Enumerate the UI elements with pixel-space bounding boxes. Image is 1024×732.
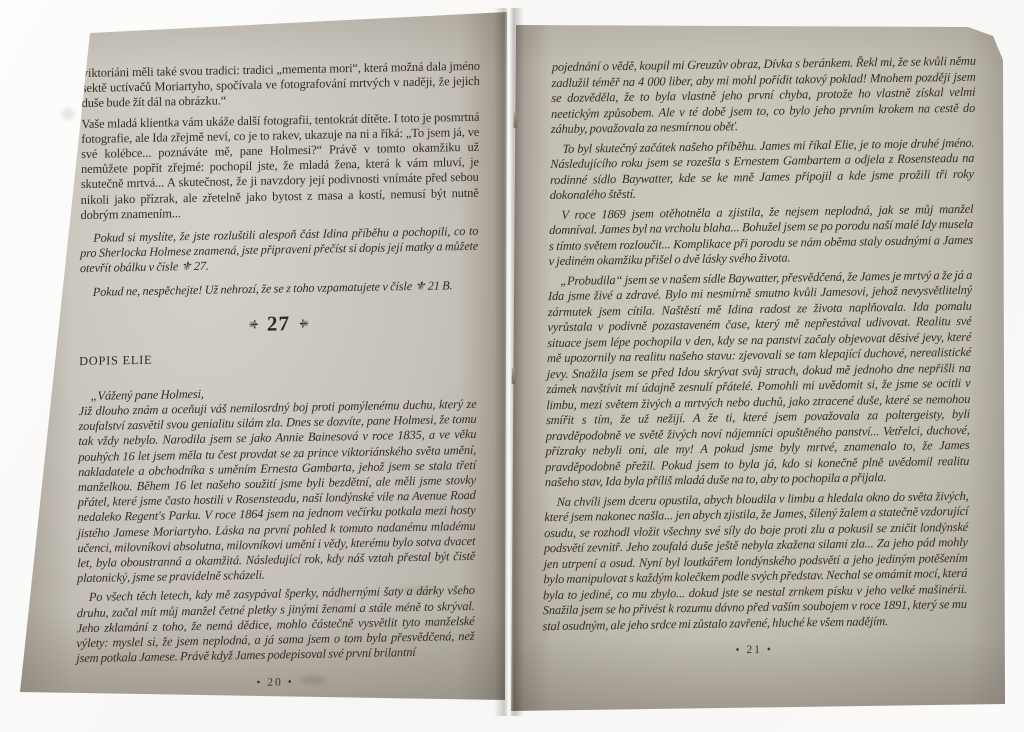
letter-paragraph: Po všech těch letech, kdy mě zasypával š… [76, 583, 475, 666]
letter-paragraph: pojednání o vědě, koupil mi Greuzův obra… [551, 54, 976, 138]
intro-paragraph: viktoriáni měli také svou tradici: tradi… [82, 59, 480, 112]
left-page: viktoriáni měli také svou tradici: tradi… [20, 10, 508, 704]
letter-paragraph: To byl skutečný začátek našeho příběhu. … [550, 135, 975, 203]
fleur-de-lis-icon: ⚜ [245, 318, 260, 330]
letter-paragraph: Na chvíli jsem dceru opustila, abych blo… [542, 488, 968, 634]
reader-note: Pokud ne, nespěchejte! Už nehrozí, že se… [80, 277, 478, 300]
staple [512, 368, 516, 383]
letter-paragraph: V roce 1869 jsem otěhotněla a zjistila, … [549, 201, 974, 269]
page-number-right: • 21 • [542, 641, 966, 659]
chapter-number: 27 [267, 311, 290, 335]
paper-stain [62, 108, 74, 120]
right-page-text: pojednání o vědě, koupil mi Greuzův obra… [542, 54, 976, 660]
fleur-de-lis-icon: ⚜ [297, 317, 312, 329]
left-page-text: viktoriáni měli také svou tradici: tradi… [76, 59, 480, 692]
letter-paragraph: „Probudila“ jsem se v našem sídle Baywat… [545, 267, 973, 490]
letter-paragraph: Již dlouho znám a oceňuji váš nemilosrdn… [77, 397, 477, 587]
reader-note: Pokud si myslíte, že jste rozluštili ale… [80, 224, 478, 277]
section-title: DOPIS ELIE [79, 347, 477, 369]
chapter-heading: ⚜ 27 ⚜ [79, 308, 477, 340]
open-book-photo: viktoriáni měli také svou tradici: tradi… [0, 0, 1024, 732]
intro-paragraph: Vaše mladá klientka vám ukáže další foto… [80, 109, 479, 223]
page-number-left: • 20 • [76, 672, 474, 691]
right-page: pojednání o vědě, koupil mi Greuzův obra… [506, 12, 1008, 712]
